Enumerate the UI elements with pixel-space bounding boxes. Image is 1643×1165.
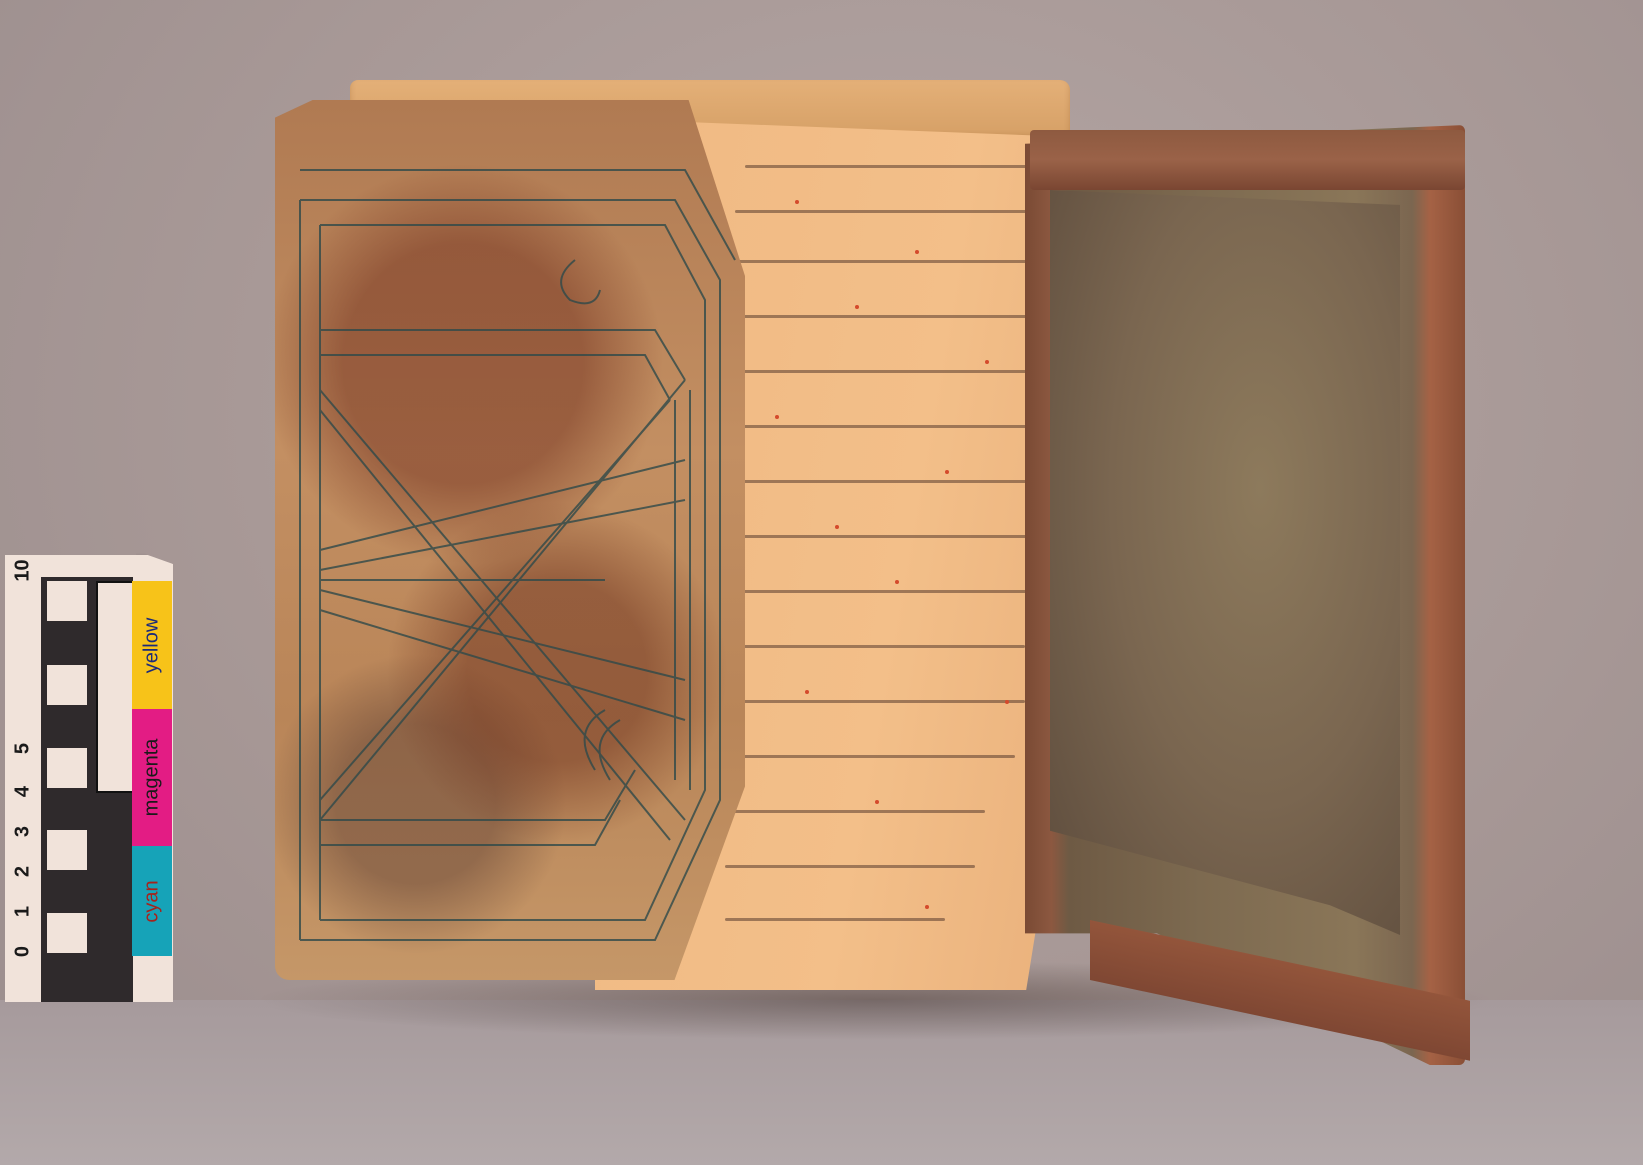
- scale-number-0: 0: [12, 940, 35, 964]
- script-line: [720, 425, 1055, 428]
- incised-pattern: [275, 100, 745, 980]
- yellow-label: yellow: [141, 617, 164, 673]
- scale-number-2: 2: [12, 860, 35, 884]
- scale-number-1: 1: [12, 900, 35, 924]
- cyan-label: cyan: [141, 880, 164, 922]
- rubric-dot: [915, 250, 919, 254]
- rubric-dot: [985, 360, 989, 364]
- script-line: [735, 210, 1055, 213]
- script-line: [745, 165, 1045, 168]
- scale-number-3: 3: [12, 820, 35, 844]
- script-line: [725, 315, 1055, 318]
- rubric-dot: [775, 415, 779, 419]
- rubric-dot: [875, 800, 879, 804]
- scale-white-square: [47, 748, 87, 788]
- script-line: [725, 810, 985, 813]
- magenta-label: magenta: [141, 739, 164, 817]
- scale-number-5: 5: [12, 737, 35, 761]
- scale-number-10: 10: [12, 559, 35, 583]
- script-line: [725, 535, 1045, 538]
- script-line: [725, 370, 1055, 373]
- script-line: [725, 755, 1015, 758]
- rubric-dot: [1005, 700, 1009, 704]
- rubric-dot: [895, 580, 899, 584]
- leather-cover: [275, 100, 745, 980]
- rubric-dot: [835, 525, 839, 529]
- script-line: [725, 700, 1025, 703]
- scale-white-square: [47, 830, 87, 870]
- script-line: [725, 918, 945, 921]
- scale-number-4: 4: [12, 780, 35, 804]
- script-line: [725, 260, 1055, 263]
- rubric-dot: [925, 905, 929, 909]
- color-scale-card: 10 5 4 3 2 1 0 yellow magenta cyan: [5, 555, 173, 1002]
- flap-top-turn-in: [1030, 130, 1465, 190]
- scale-white-square: [47, 581, 87, 621]
- yellow-patch: yellow: [132, 581, 172, 709]
- rubric-dot: [945, 470, 949, 474]
- rubric-dot: [855, 305, 859, 309]
- rubric-dot: [805, 690, 809, 694]
- magenta-patch: magenta: [132, 709, 172, 846]
- script-line: [720, 480, 1055, 483]
- scale-white-square: [47, 913, 87, 953]
- rubric-dot: [795, 200, 799, 204]
- script-line: [725, 645, 1025, 648]
- script-line: [725, 865, 975, 868]
- script-line: [725, 590, 1035, 593]
- flap-inner-panel: [1050, 190, 1400, 935]
- scale-white-square: [47, 665, 87, 705]
- cyan-patch: cyan: [132, 846, 172, 956]
